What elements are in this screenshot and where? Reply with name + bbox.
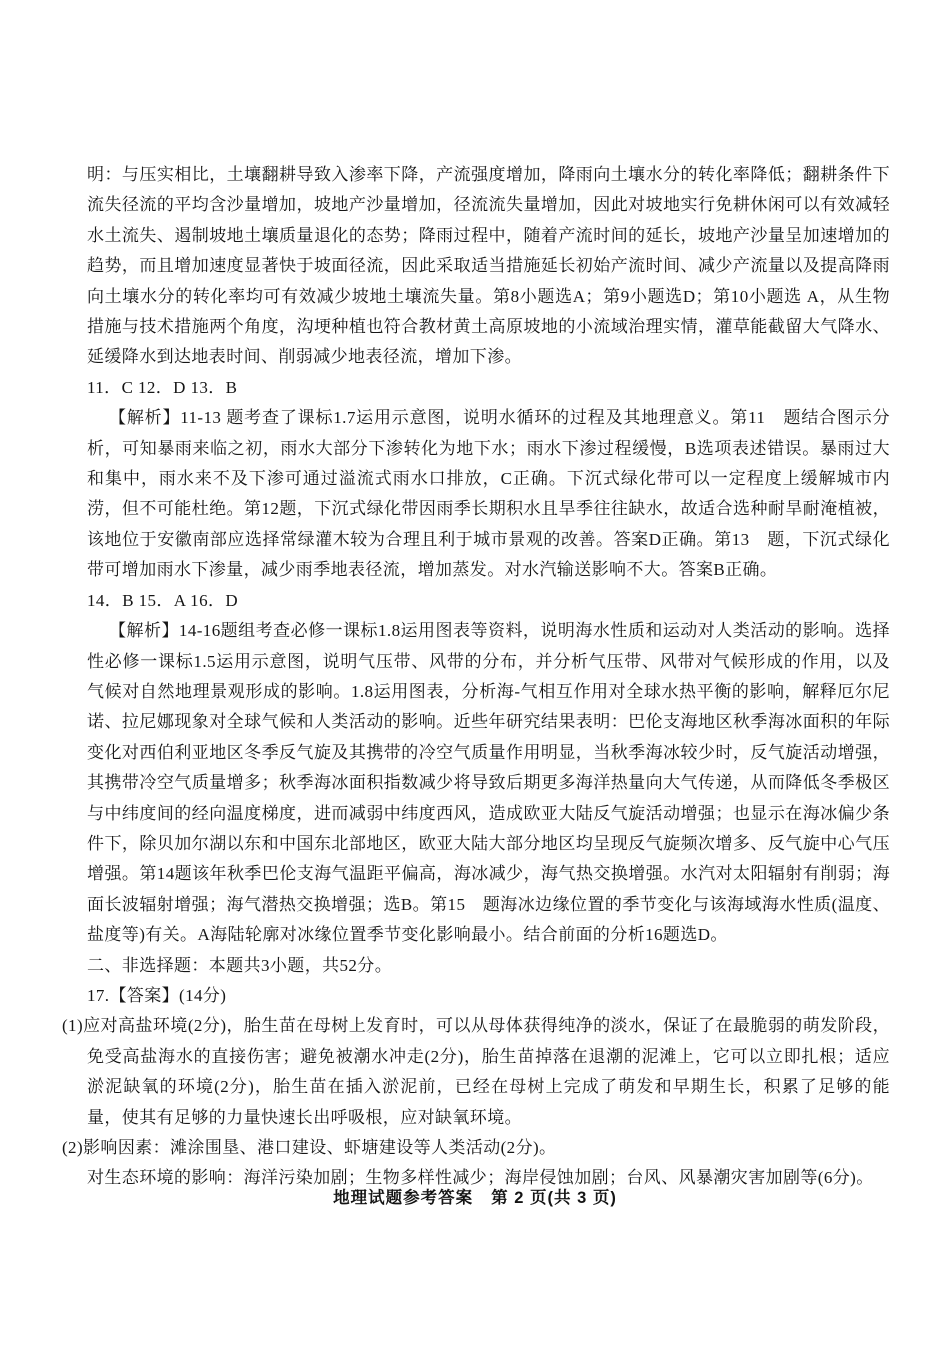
question-17-part-2-factors: (2)影响因素：滩涂围垦、港口建设、虾塘建设等人类活动(2分)。	[87, 1133, 890, 1163]
question-17-part-1: (1)应对高盐环境(2分)，胎生苗在母树上发育时，可以从母体获得纯净的淡水，保证…	[87, 1011, 890, 1133]
continued-explanation-q8-10: 明：与压实相比，土壤翻耕导致入渗率下降，产流强度增加，降雨向土壤水分的转化率降低…	[87, 160, 890, 373]
answer-line-14-16: 14．B 15．A 16．D	[87, 586, 890, 616]
footer-doc-title: 地理试题参考答案	[333, 1189, 473, 1207]
footer-page-number: 第 2 页(共 3 页)	[491, 1189, 617, 1207]
analysis-paragraph-11-13: 【解析】11-13 题考查了课标1.7运用示意图，说明水循环的过程及其地理意义。…	[87, 403, 890, 585]
page-footer: 地理试题参考答案第 2 页(共 3 页)	[0, 1184, 950, 1208]
section-heading-non-multiple-choice: 二、非选择题：本题共3小题，共52分。	[87, 951, 890, 981]
analysis-paragraph-14-16: 【解析】14-16题组考查必修一课标1.8运用图表等资料，说明海水性质和运动对人…	[87, 616, 890, 950]
answer-key-page: 明：与压实相比，土壤翻耕导致入渗率下降，产流强度增加，降雨向土壤水分的转化率降低…	[0, 0, 950, 1345]
answer-line-11-13: 11．C 12．D 13．B	[87, 373, 890, 403]
question-17-answer-heading: 17.【答案】(14分)	[87, 981, 890, 1011]
document-body: 明：与压实相比，土壤翻耕导致入渗率下降，产流强度增加，降雨向土壤水分的转化率降低…	[87, 160, 890, 1194]
